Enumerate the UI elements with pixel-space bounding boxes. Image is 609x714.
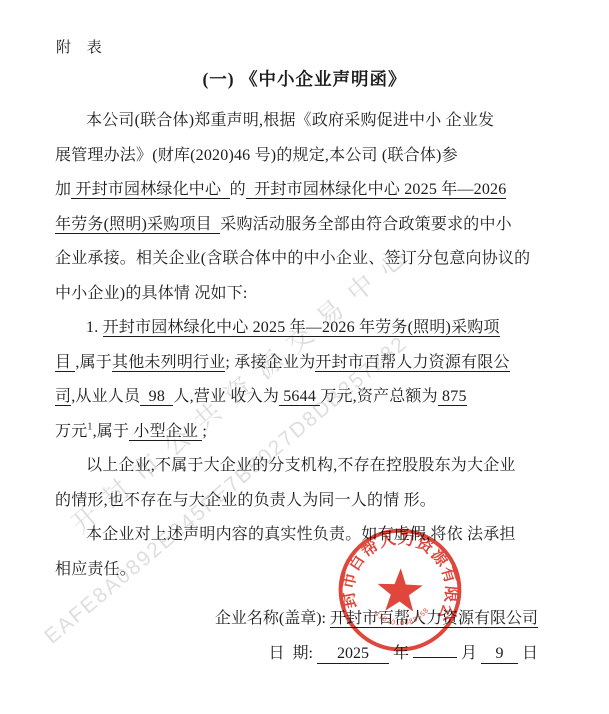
day-suffix: 日 bbox=[518, 645, 538, 662]
body-text: 本公司(联合体)郑重声明,根据《政府采购促进中小 企业发 bbox=[86, 112, 494, 129]
body-text: 加 bbox=[55, 181, 71, 198]
body-text: 展管理办法》(财库(2020)46 号)的规定,本公司 (联合体)参 bbox=[55, 147, 458, 164]
seal-company-name: 开封市百帮人力资源有限公司 bbox=[332, 522, 465, 626]
body-line: 相应责任。 bbox=[55, 553, 557, 588]
body-text: ,从业人员 bbox=[71, 388, 140, 405]
body-text: 以上企业,不属于大企业的分支机构,不存在控股股东为大企业 bbox=[86, 457, 516, 474]
body-line: 年劳务(照明)采购项目 采购活动服务全部由符合政策要求的中小 bbox=[55, 208, 557, 243]
filled-blank: 开封市园林绿化中心 2025 年—2026 年劳务(照明)采购项 bbox=[103, 319, 500, 337]
body-text: 中小企业)的具体情 况如下: bbox=[55, 285, 248, 302]
filled-blank: 开封市百帮人力资源有限公 bbox=[315, 354, 509, 372]
svg-text:开封市百帮人力资源有限公司: 开封市百帮人力资源有限公司 bbox=[332, 522, 465, 626]
page-title: (一) 《中小企业声明函》 bbox=[0, 66, 609, 91]
body-line: 以上企业,不属于大企业的分支机构,不存在控股股东为大企业 bbox=[55, 449, 557, 484]
filled-blank: 开封市园林绿化中心 2025 年—2026 bbox=[246, 181, 507, 199]
date-day-value: 9 bbox=[481, 645, 518, 664]
body-text: 采购活动服务全部由符合政策要求的中小 bbox=[220, 216, 512, 233]
body-text: 企业承接。相关企业(含联合体中的中小企业、签订分包意向协议的 bbox=[55, 250, 530, 267]
body-line: 万元1,属于 小型企业 ; bbox=[55, 415, 557, 450]
body-line: 1. 开封市园林绿化中心 2025 年—2026 年劳务(照明)采购项 bbox=[55, 311, 557, 346]
body-text: ; 承接企业为 bbox=[225, 354, 315, 371]
filled-blank: 目 bbox=[55, 354, 75, 372]
declaration-document-page: 开封市公共资源交易中心 EAFE8A0892E245FE7B5027D8DB25… bbox=[0, 0, 609, 714]
body-line: 展管理办法》(财库(2020)46 号)的规定,本公司 (联合体)参 bbox=[55, 139, 557, 174]
body-text: ,属于 bbox=[75, 354, 112, 371]
body-text: 的 bbox=[230, 181, 246, 198]
filled-blank: 5644 bbox=[279, 388, 320, 406]
filled-blank: 875 bbox=[438, 388, 467, 406]
body-line: 企业承接。相关企业(含联合体中的中小企业、签订分包意向协议的 bbox=[55, 242, 557, 277]
body-line: 目 ,属于其他未列明行业; 承接企业为开封市百帮人力资源有限公 bbox=[55, 346, 557, 381]
body-line: 本公司(联合体)郑重声明,根据《政府采购促进中小 企业发 bbox=[55, 104, 557, 139]
filled-blank: 98 bbox=[140, 388, 173, 406]
star-icon bbox=[377, 567, 424, 612]
body-text: 人,营业 收入为 bbox=[173, 388, 279, 405]
svg-text:4102010088558: 4102010088558 bbox=[373, 605, 431, 629]
company-seal-stamp: 开封市百帮人力资源有限公司 4102010088558 bbox=[332, 522, 469, 659]
body-text: 1. bbox=[86, 319, 103, 336]
body-text: ; bbox=[202, 423, 207, 440]
filled-blank: 司 bbox=[55, 388, 71, 406]
document-body: 本公司(联合体)郑重声明,根据《政府采购促进中小 企业发展管理办法》(财库(20… bbox=[55, 104, 557, 587]
body-line: 司,从业人员 98 人,营业 收入为 5644 万元,资产总额为 875 bbox=[55, 380, 557, 415]
filled-blank: 小型企业 bbox=[129, 423, 202, 441]
date-label: 日 期: bbox=[269, 645, 317, 662]
filled-blank: 开封市园林绿化中心 bbox=[71, 181, 229, 199]
body-line: 本企业对上述声明内容的真实性负责。如有虚假,将依 法承担 bbox=[55, 518, 557, 553]
body-text: 万元,资产总额为 bbox=[320, 388, 438, 405]
appendix-label: 附 表 bbox=[56, 36, 108, 57]
filled-blank: 年劳务(照明)采购项目 bbox=[55, 216, 220, 234]
body-text: ,属于 bbox=[93, 423, 130, 440]
filled-blank: 其他未列明行业 bbox=[112, 354, 225, 372]
body-text: 的情形,也不存在与大企业的负责人为同一人的情 形。 bbox=[55, 492, 436, 509]
seal-graphic: 开封市百帮人力资源有限公司 4102010088558 bbox=[332, 522, 469, 659]
body-text: 相应责任。 bbox=[55, 561, 136, 578]
body-line: 中小企业)的具体情 况如下: bbox=[55, 277, 557, 312]
seal-registration-number: 4102010088558 bbox=[373, 605, 431, 629]
body-line: 的情形,也不存在与大企业的负责人为同一人的情 形。 bbox=[55, 484, 557, 519]
body-line: 加 开封市园林绿化中心 的 开封市园林绿化中心 2025 年—2026 bbox=[55, 173, 557, 208]
body-text: 万元 bbox=[55, 423, 87, 440]
document-content: 附 表 (一) 《中小企业声明函》 本公司(联合体)郑重声明,根据《政府采购促进… bbox=[0, 0, 609, 714]
